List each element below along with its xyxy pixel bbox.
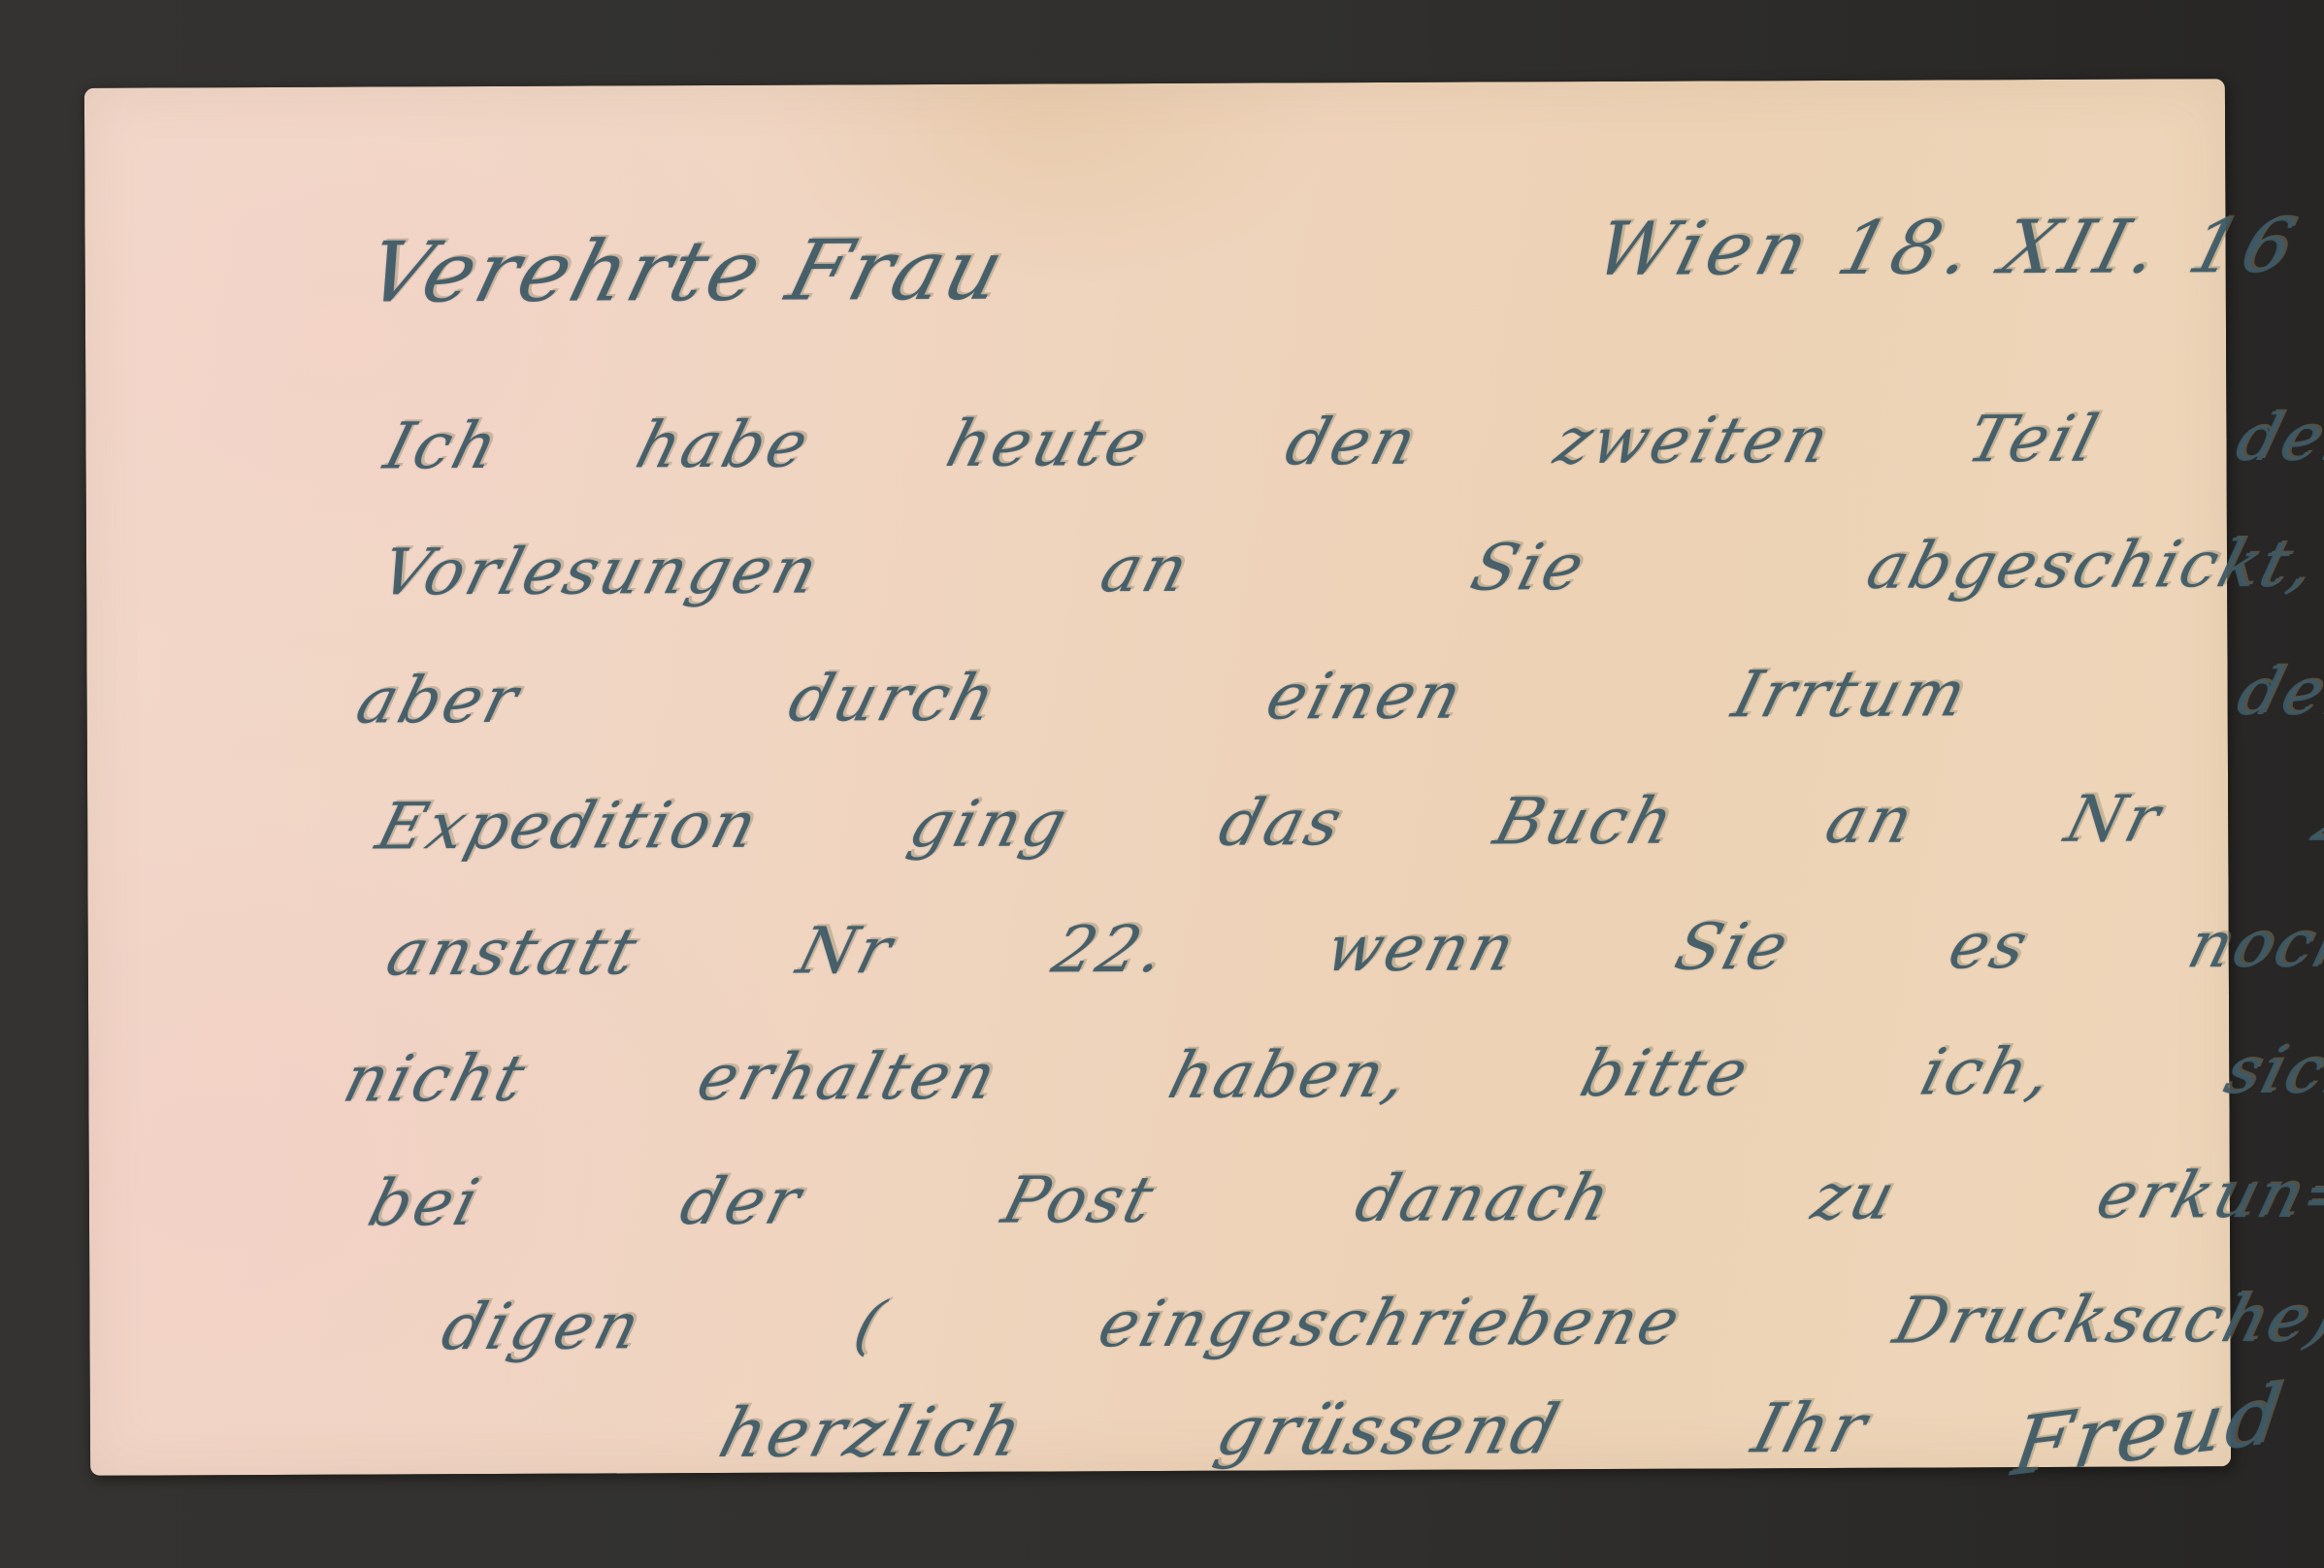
signature: Freud [2007,1367,2289,1495]
handwriting-line-8: digen ( eingeschriebene Drucksache). [435,1282,2324,1365]
handwriting-line-3: aber durch einen Irrtum der [349,655,2324,738]
handwriting-line-6: nicht erhalten haben, bitte ich, sich [337,1033,2324,1117]
handwriting-line-4: Expedition ging das Buch an Nr 2 [369,781,2324,865]
postcard: Verehrte Frau Wien 18. XII. 16 Ich habe … [84,79,2231,1476]
closing-line: herzlich grüssend Ihr [711,1388,1878,1473]
dateline: Wien 18. XII. 16 [1588,203,2308,292]
salutation: Verehrte Frau [357,222,1016,322]
handwriting-line-1: Ich habe heute den zweiten Teil der [377,401,2324,484]
handwriting-line-2: Vorlesungen an Sie abgeschickt, [373,527,2323,610]
handwriting-line-7: bei der Post danach zu erkun= [361,1158,2324,1241]
handwriting-line-5: anstatt Nr 22. wenn Sie es noch [379,907,2324,991]
archival-mat-background: Verehrte Frau Wien 18. XII. 16 Ich habe … [0,0,2324,1568]
